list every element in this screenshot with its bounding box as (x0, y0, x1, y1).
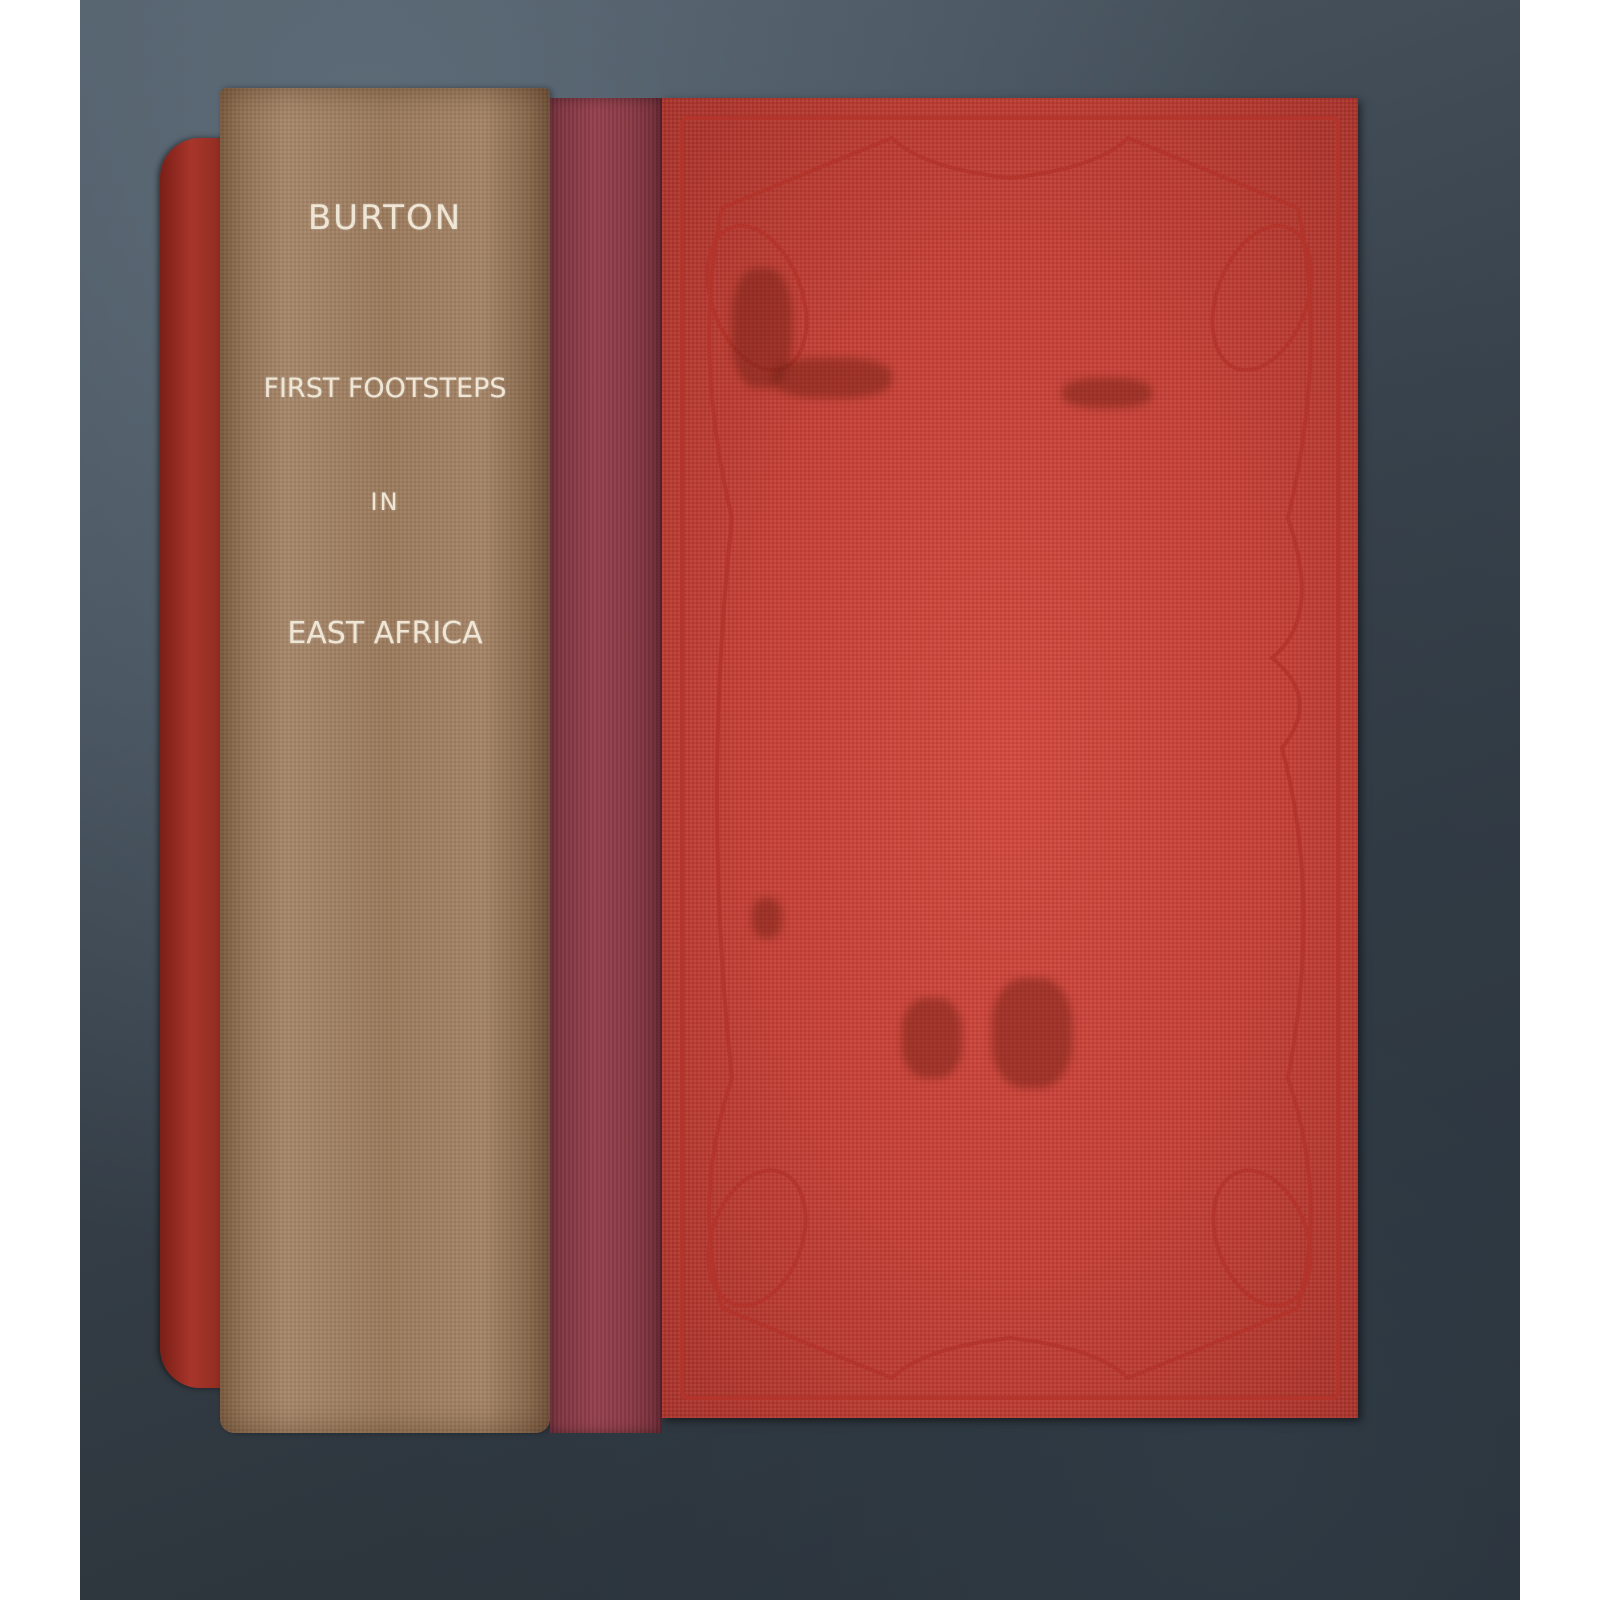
spine-title-line-2: IN (220, 488, 550, 516)
cover-stain (1062, 378, 1152, 408)
cover-stain (902, 998, 962, 1078)
cover-stain (772, 358, 892, 398)
book-hinge-cloth (550, 98, 662, 1433)
cover-stain (992, 978, 1072, 1088)
spine-author: BURTON (220, 198, 550, 238)
book: BURTON FIRST FOOTSTEPS IN EAST AFRICA (150, 88, 1440, 1463)
book-spine: BURTON FIRST FOOTSTEPS IN EAST AFRICA (220, 88, 550, 1433)
book-front-cover (662, 98, 1358, 1418)
spine-title-line-3: EAST AFRICA (220, 616, 550, 651)
cover-stain (752, 898, 782, 938)
spine-title-line-1: FIRST FOOTSTEPS (220, 373, 550, 404)
